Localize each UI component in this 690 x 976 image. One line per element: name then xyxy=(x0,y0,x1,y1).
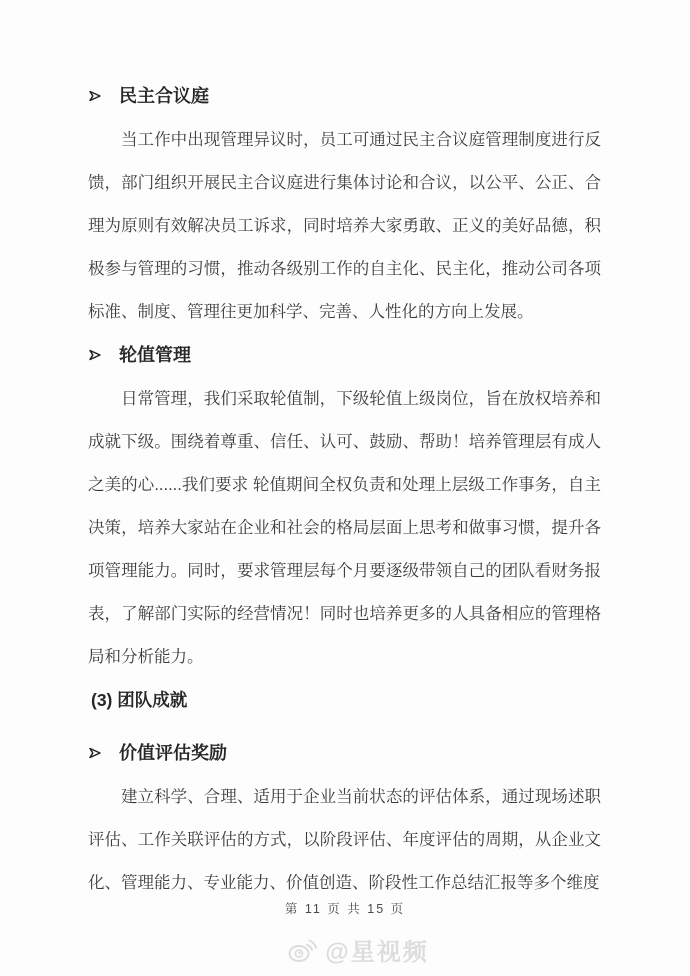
paragraph-democratic-council: 当工作中出现管理异议时，员工可通过民主合议庭管理制度进行反馈，部门组织开展民主合… xyxy=(88,119,601,334)
heading-democratic-council-text: 民主合议庭 xyxy=(119,86,209,106)
arrow-bullet-icon xyxy=(88,335,102,378)
watermark-text: @星视频 xyxy=(325,932,428,967)
page-number-footer: 第 11 页 共 15 页 xyxy=(0,899,690,917)
heading-democratic-council: 民主合议庭 xyxy=(88,75,601,119)
paragraph-value-evaluation: 建立科学、合理、适用于企业当前状态的评估体系，通过现场述职评估、工作关联评估的方… xyxy=(88,776,601,905)
document-body: 民主合议庭 当工作中出现管理异议时，员工可通过民主合议庭管理制度进行反馈，部门组… xyxy=(88,75,601,905)
document-page: 民主合议庭 当工作中出现管理异议时，员工可通过民主合议庭管理制度进行反馈，部门组… xyxy=(0,0,690,976)
watermark: @星视频 xyxy=(0,932,690,967)
subheading-team-achievement: (3) 团队成就 xyxy=(88,679,601,722)
heading-value-evaluation-reward-text: 价值评估奖励 xyxy=(119,743,227,763)
paragraph-rotation-management: 日常管理，我们采取轮值制，下级轮值上级岗位，旨在放权培养和成就下级。围绕着尊重、… xyxy=(88,378,601,679)
weibo-logo-icon xyxy=(287,937,317,963)
arrow-bullet-icon xyxy=(88,76,102,119)
heading-rotation-management: 轮值管理 xyxy=(88,334,601,378)
heading-value-evaluation-reward: 价值评估奖励 xyxy=(88,732,601,776)
heading-rotation-management-text: 轮值管理 xyxy=(119,345,191,365)
arrow-bullet-icon xyxy=(88,733,102,776)
